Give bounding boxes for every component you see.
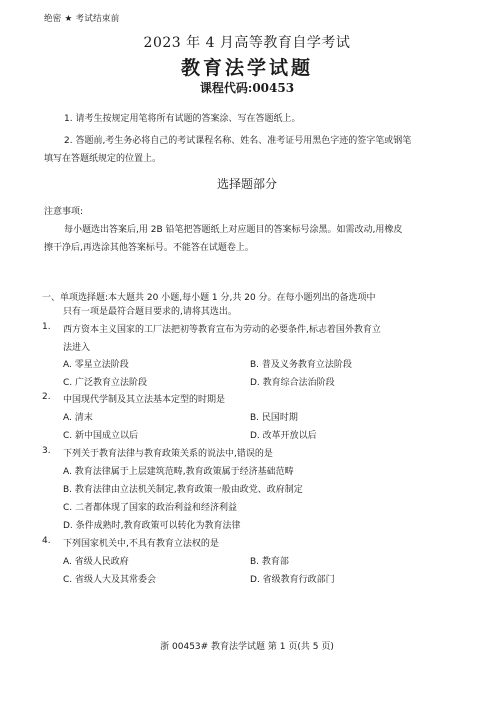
question-2-option-a: A. 清末 — [63, 410, 93, 423]
subject-title: 教育法学试题 — [0, 53, 494, 80]
question-4-option-c: C. 省级人大及其常委会 — [63, 572, 156, 585]
question-3-option-a: A. 教育法律属于上层建筑范畴,教育政策属于经济基础范畴 — [63, 464, 294, 477]
question-4-number: 4. — [42, 536, 51, 546]
notes-line-2: 擦干净后,再选涂其他答案标号。不能答在试题卷上。 — [44, 240, 254, 253]
instruction-2-cont: 填写在答题纸规定的位置上。 — [44, 151, 161, 164]
question-4-option-b: B. 教育部 — [250, 554, 289, 567]
notes-label: 注意事项: — [44, 204, 83, 217]
question-2-option-d: D. 改革开放以后 — [250, 428, 317, 441]
question-1-number: 1. — [42, 322, 51, 332]
notes-line-1: 每小题选出答案后,用 2B 铅笔把答题纸上对应题目的答案标号涂黑。如需改动,用橡… — [64, 222, 402, 235]
question-1-option-a: A. 零星立法阶段 — [63, 357, 129, 370]
question-3-option-b: B. 教育法律由立法机关制定,教育政策一般由政党、政府制定 — [63, 482, 303, 495]
question-1-stem-2: 法进入 — [63, 340, 90, 353]
question-3-option-c: C. 二者都体现了国家的政治利益和经济利益 — [63, 500, 237, 513]
question-2-number: 2. — [42, 392, 51, 402]
exam-title: 2023 年 4 月高等教育自学考试 — [0, 32, 494, 52]
question-3-option-d: D. 条件成熟时,教育政策可以转化为教育法律 — [63, 518, 241, 531]
part-one-heading-2: 只有一项是最符合题目要求的,请将其选出。 — [63, 304, 237, 317]
course-code: 课程代码:00453 — [0, 79, 494, 96]
question-3-stem-1: 下列关于教育法律与教育政策关系的说法中,错误的是 — [63, 446, 273, 459]
part-one-heading-1: 一、单项选择题:本大题共 20 小题,每小题 1 分,共 20 分。在每小题列出… — [42, 290, 376, 303]
question-1-option-b: B. 普及义务教育立法阶段 — [250, 357, 352, 370]
question-4-stem-1: 下列国家机关中,不具有教育立法权的是 — [63, 536, 219, 549]
page-footer: 浙 00453# 教育法学试题 第 1 页(共 5 页) — [0, 639, 494, 652]
question-2-option-c: C. 新中国成立以后 — [63, 428, 138, 441]
question-4-option-d: D. 省级教育行政部门 — [250, 572, 335, 585]
question-1-option-c: C. 广泛教育立法阶段 — [63, 375, 147, 388]
instruction-1: 1. 请考生按规定用笔将所有试题的答案涂、写在答题纸上。 — [64, 111, 300, 124]
section-title: 选择题部分 — [0, 175, 494, 192]
question-2-option-b: B. 民国时期 — [250, 410, 298, 423]
question-2-stem-1: 中国现代学制及其立法基本定型的时期是 — [63, 392, 225, 405]
instruction-2: 2. 答题前,考生务必将自己的考试课程名称、姓名、准考证号用黑色字迹的签字笔或钢… — [64, 133, 411, 146]
question-3-number: 3. — [42, 446, 51, 456]
question-1-stem-1: 西方资本主义国家的工厂法把初等教育宣布为劳动的必要条件,标志着国外教育立 — [63, 322, 381, 335]
secret-mark: 绝密 ★ 考试结束前 — [44, 12, 120, 24]
question-1-option-d: D. 教育综合法治阶段 — [250, 375, 335, 388]
question-4-option-a: A. 省级人民政府 — [63, 554, 129, 567]
